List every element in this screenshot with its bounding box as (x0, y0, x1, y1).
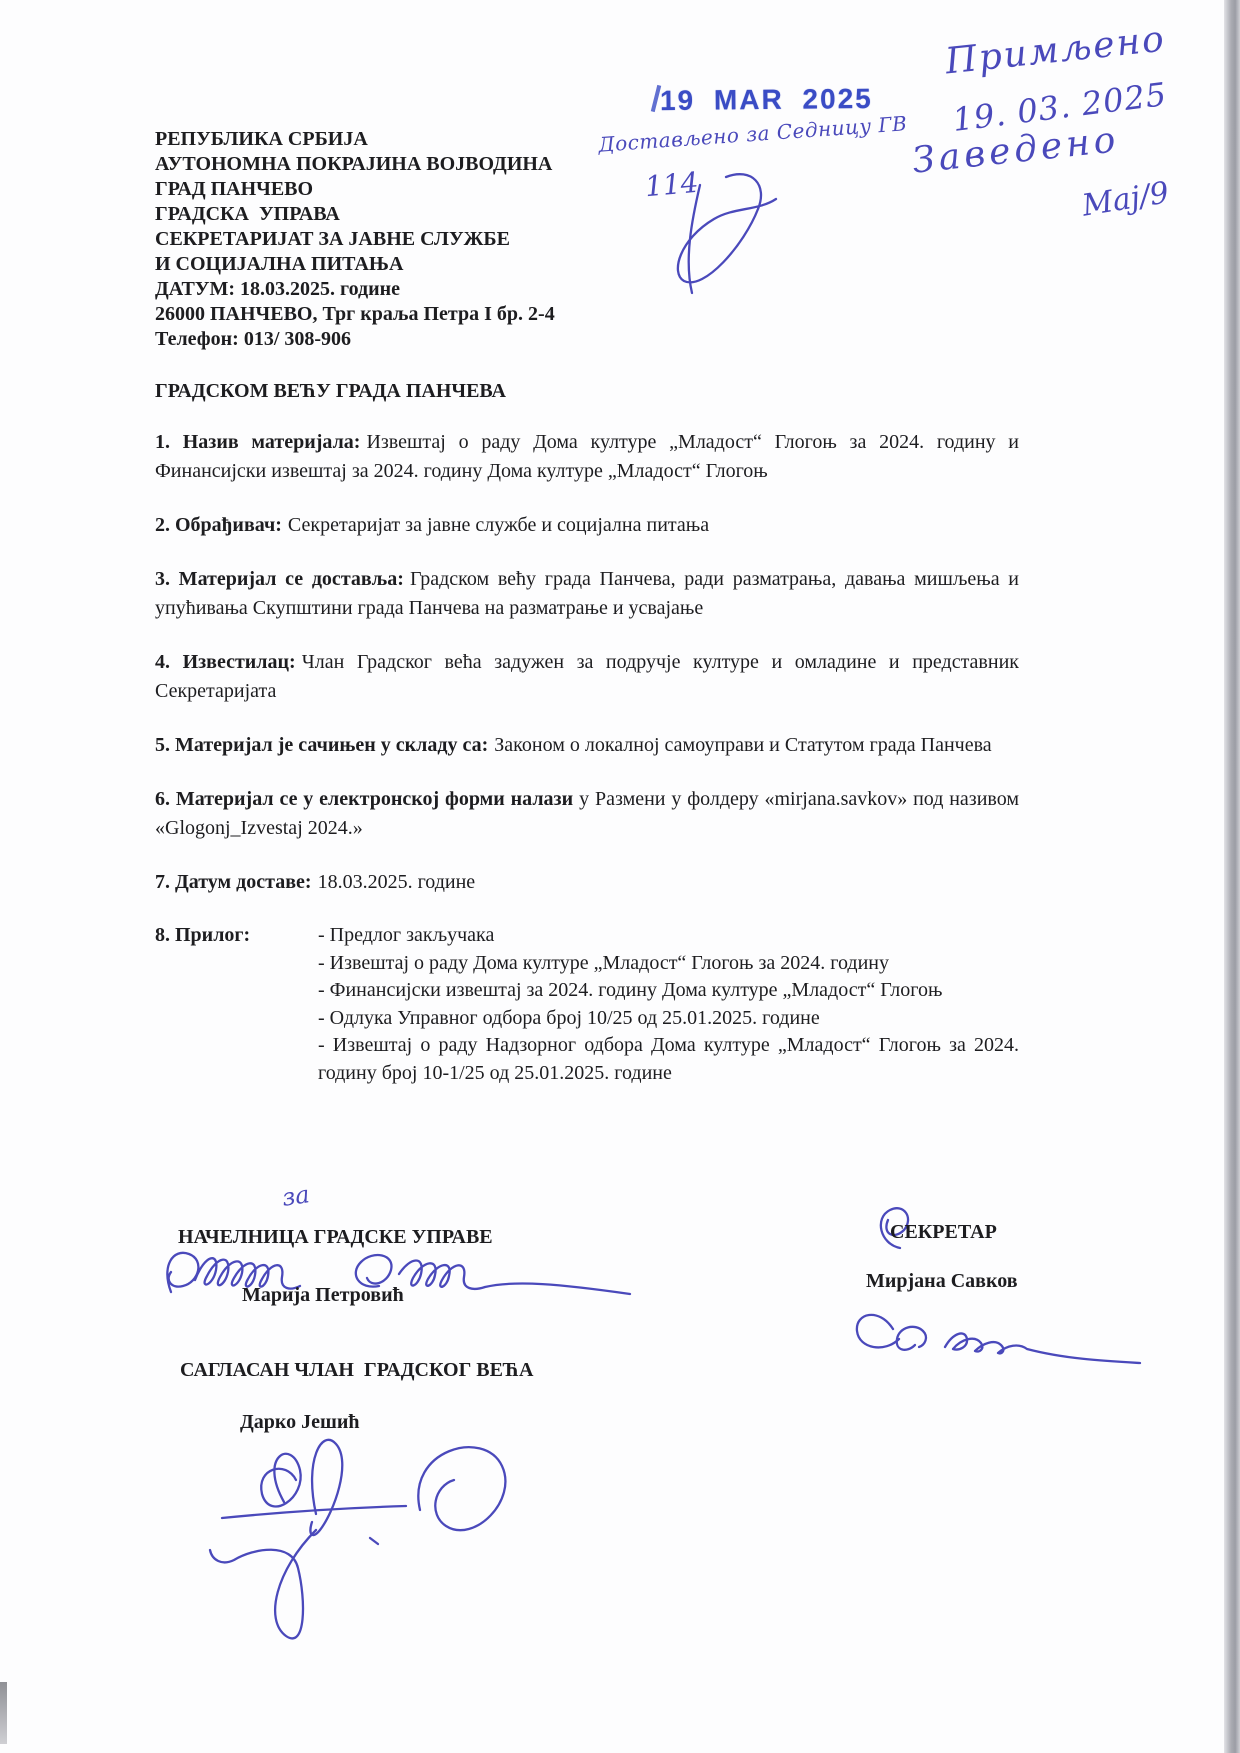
sender-line: И СОЦИЈАЛНА ПИТАЊА (155, 252, 555, 277)
item-label: 4. Известилац: (155, 651, 296, 673)
chief-name: Марија Петровић (242, 1284, 404, 1307)
handwriting-received: Примљено (943, 19, 1167, 83)
attachment-item: - Извештај о раду Дома културе „Младост“… (318, 950, 1019, 978)
item-paragraph-7: 7. Датум доставе:18.03.2025. године (155, 868, 1019, 897)
sender-line: РЕПУБЛИКА СРБИЈА (155, 127, 555, 152)
item-paragraph-2: 2. Обрађивач:Секретаријат за јавне служб… (155, 511, 1019, 540)
sender-line: 26000 ПАНЧЕВО, Трг краља Петра I бр. 2-4 (155, 302, 555, 327)
secretary-name: Мирјана Савков (866, 1270, 1018, 1293)
item-text: Секретаријат за јавне службе и социјална… (288, 514, 709, 536)
chief-signature (155, 1232, 655, 1317)
item-label: 1. Назив материјала: (155, 431, 360, 453)
secretary-signature (845, 1293, 1150, 1373)
item-label: 5. Материјал је сачињен у складу са: (155, 734, 488, 756)
scan-edge-right (1224, 0, 1240, 1753)
sender-line: АУТОНОМНА ПОКРАЈИНА ВОЈВОДИНА (155, 152, 555, 177)
sender-block: РЕПУБЛИКА СРБИЈА АУТОНОМНА ПОКРАЈИНА ВОЈ… (155, 127, 555, 352)
consent-signature (192, 1422, 527, 1667)
addressee-heading: ГРАДСКОМ ВЕЋУ ГРАДА ПАНЧЕВА (155, 380, 506, 403)
item-text: 18.03.2025. године (318, 871, 476, 893)
attachments-section: 8. Прилог: - Предлог закључака - Извешта… (155, 922, 1019, 1087)
item-paragraph-6: 6. Материјал се у електронској форми нал… (155, 785, 1019, 843)
secretary-title: СЕКРЕТАР (890, 1221, 997, 1244)
clerk-flourish-signature (628, 155, 793, 310)
received-date-stamp: 19 MAR 2025 (660, 83, 873, 117)
sender-line: СЕКРЕТАРИЈАТ ЗА ЈАВНЕ СЛУЖБЕ (155, 227, 555, 252)
item-paragraph-3: 3. Материјал се доставља:Градском већу г… (155, 565, 1019, 623)
attachment-item: - Извештај о раду Надзорног одбора Дома … (318, 1032, 1019, 1087)
attachments-list: - Предлог закључака - Извештај о раду До… (318, 922, 1019, 1087)
attachment-item: - Одлука Управног одбора број 10/25 од 2… (318, 1005, 1019, 1033)
item-label: 2. Обрађивач: (155, 514, 282, 536)
handwriting-session-note: Достављено за Седницу ГВ (598, 111, 908, 157)
attachment-item: - Предлог закључака (318, 922, 1019, 950)
sender-line: ГРАД ПАНЧЕВО (155, 177, 555, 202)
handwriting-za-mark: за (280, 1180, 311, 1212)
attachment-item: - Финансијски извештај за 2024. годину Д… (318, 977, 1019, 1005)
item-paragraph-4: 4. Известилац:Члан Градског већа задужен… (155, 648, 1019, 706)
item-label: 3. Материјал се доставља: (155, 568, 404, 590)
item-label: 6. Материјал се у електронској форми нал… (155, 788, 573, 810)
document-body: 1. Назив материјала:Извештај о раду Дома… (155, 428, 1019, 1087)
scanned-document-page: 19 MAR 2025 Примљено 19. 03. 2025 Заведе… (0, 0, 1240, 1753)
item-paragraph-1: 1. Назив материјала:Извештај о раду Дома… (155, 428, 1019, 486)
item-text: Законом о локалној самоуправи и Статутом… (494, 734, 991, 756)
item-paragraph-5: 5. Материјал је сачињен у складу са:Зако… (155, 731, 1019, 760)
scan-edge-bottom-left (0, 1682, 7, 1744)
sender-line: Телефон: 013/ 308-906 (155, 327, 555, 352)
consent-title: САГЛАСАН ЧЛАН ГРАДСКОГ ВЕЋА (180, 1359, 533, 1382)
sender-line: ГРАДСКА УПРАВА (155, 202, 555, 227)
handwriting-registered-code: Мај/9 (1080, 175, 1172, 223)
attachments-label: 8. Прилог: (155, 922, 318, 1087)
item-label: 7. Датум доставе: (155, 871, 312, 893)
sender-line: ДАТУМ: 18.03.2025. године (155, 277, 555, 302)
